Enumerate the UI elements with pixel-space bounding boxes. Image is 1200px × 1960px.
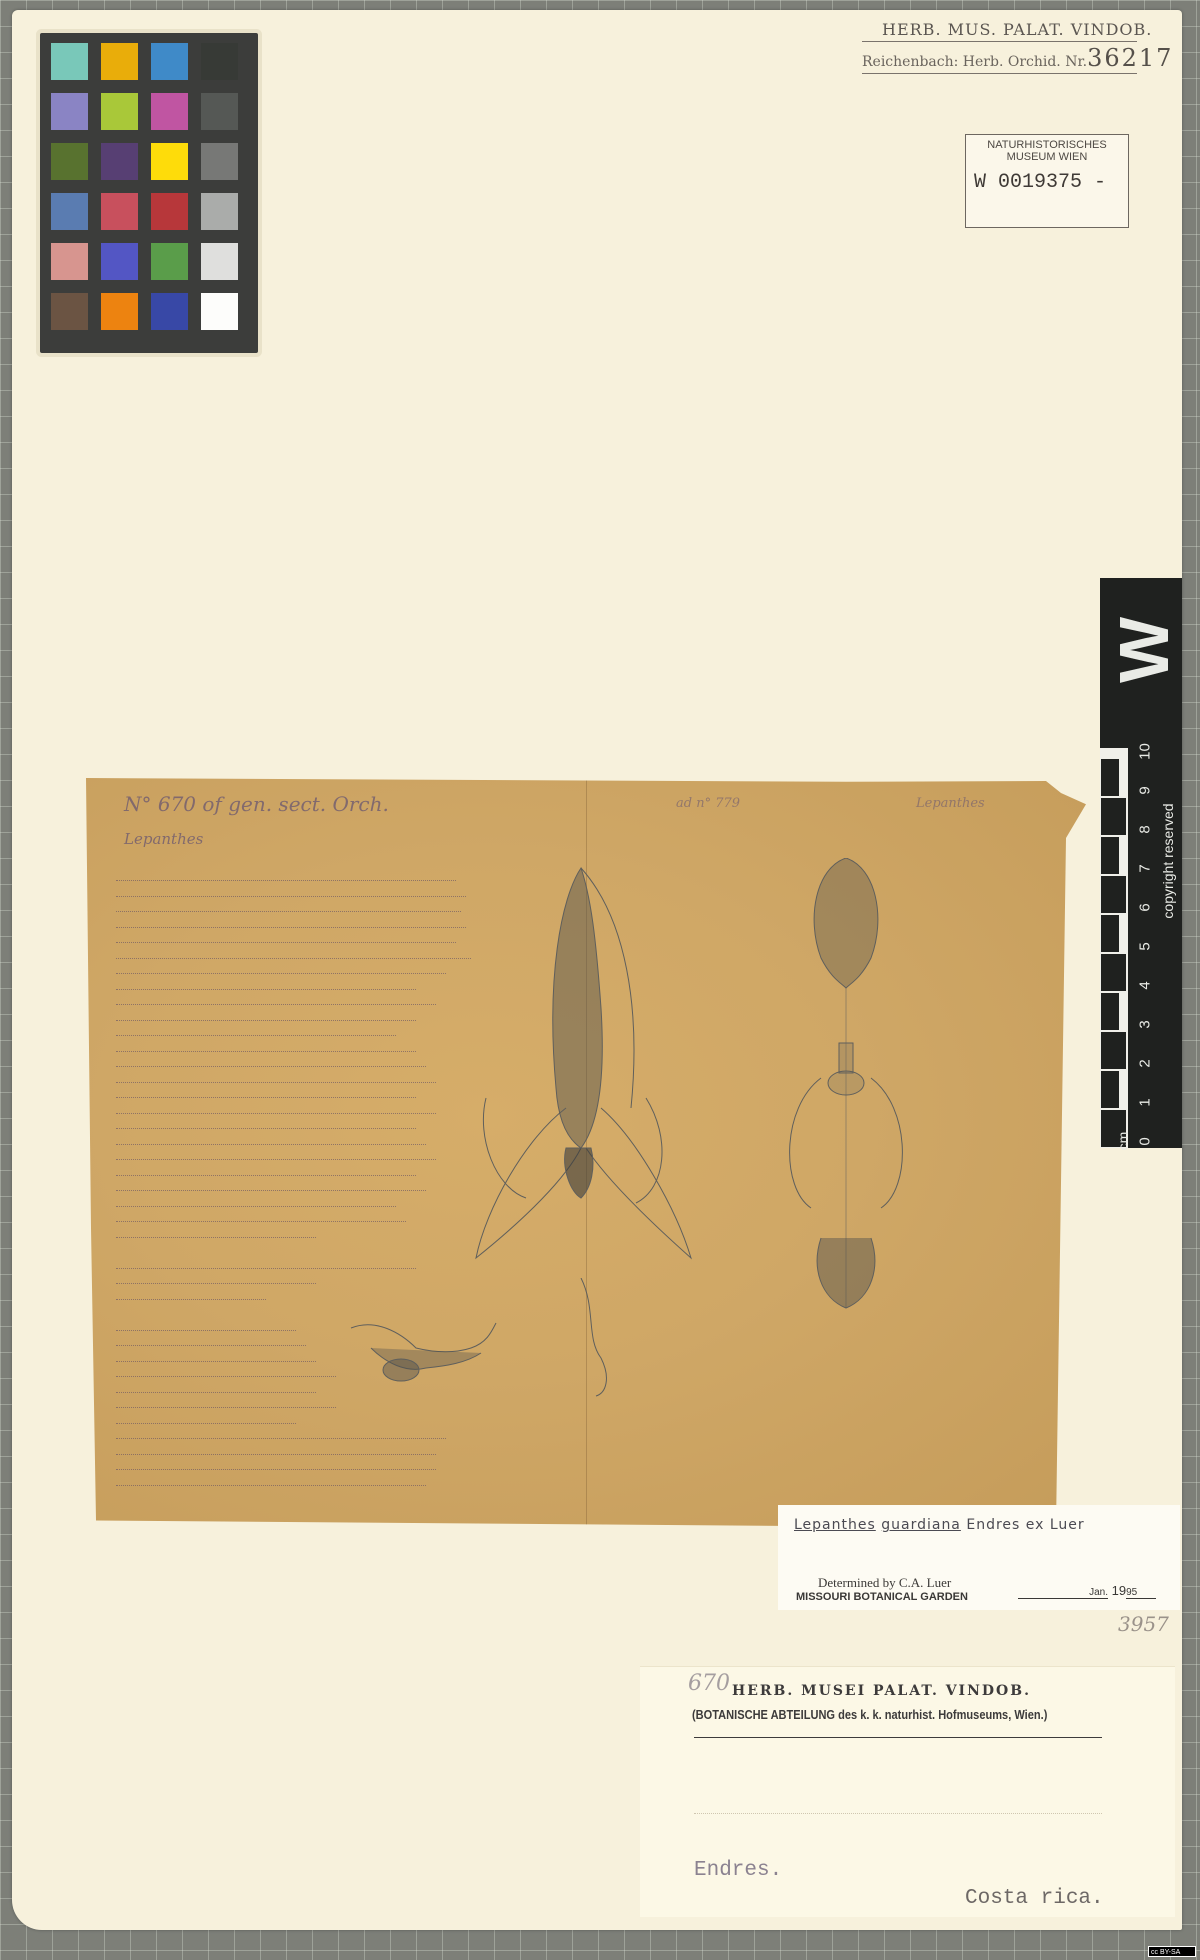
- ruler-tick-label: 7: [1137, 859, 1154, 879]
- handwritten-line: [116, 1101, 436, 1114]
- divider: [694, 1813, 1102, 1814]
- ruler-segment: [1100, 758, 1120, 797]
- color-swatch: [151, 193, 188, 230]
- label-title: HERB. MUSEI PALAT. VINDOB.: [732, 1683, 1031, 1699]
- handwritten-line: [116, 1256, 416, 1269]
- determiner-institution: MISSOURI BOTANICAL GARDEN: [796, 1591, 968, 1603]
- license-badge: cc BY-SA: [1148, 1946, 1196, 1957]
- divider: [862, 73, 1137, 74]
- color-swatch: [101, 93, 138, 130]
- handwritten-line: [116, 1364, 336, 1377]
- handwritten-line: [116, 915, 466, 928]
- divider: [862, 41, 1137, 42]
- divider: [694, 1737, 1102, 1738]
- handwritten-line: [116, 1116, 416, 1129]
- handwritten-line: [116, 977, 416, 990]
- handwritten-line: [116, 930, 456, 943]
- color-swatch: [201, 43, 238, 80]
- color-swatch: [201, 193, 238, 230]
- ruler-tick-label: 5: [1137, 937, 1154, 957]
- ruler-unit: cm: [1115, 1131, 1131, 1151]
- ruler-tick-label: 4: [1137, 976, 1154, 996]
- color-swatch: [51, 293, 88, 330]
- handwritten-line: [116, 1023, 396, 1036]
- ruler-tick-label: 8: [1137, 820, 1154, 840]
- determined-taxon: Lepanthes guardiana Endres ex Luer: [794, 1517, 1085, 1533]
- ruler-tick-label: 0: [1137, 1132, 1154, 1152]
- flower-side-view-drawing: [346, 1308, 506, 1398]
- ruler-segment: [1100, 953, 1127, 992]
- handwritten-line: [116, 884, 466, 897]
- handwritten-line: [116, 1085, 416, 1098]
- ruler-segment: [1100, 1070, 1120, 1109]
- ruler-segment: [1100, 1031, 1127, 1070]
- handwritten-line: [116, 1380, 316, 1393]
- scale-bar: W 012345678910cm copyright reserved: [1100, 578, 1182, 1148]
- stamp-line-2: MUSEUM WIEN: [966, 151, 1128, 163]
- ruler-tick-label: 2: [1137, 1054, 1154, 1074]
- museum-logo-w: W: [1099, 623, 1189, 683]
- manuscript-note-right: Lepanthes: [916, 796, 985, 811]
- color-swatch: [101, 43, 138, 80]
- color-swatch: [201, 293, 238, 330]
- handwritten-line: [116, 1039, 416, 1052]
- label-subtitle: (BOTANISCHE ABTEILUNG des k. k. naturhis…: [692, 1707, 1047, 1722]
- ruler-tick-label: 10: [1137, 742, 1154, 762]
- handwritten-line: [116, 1008, 416, 1021]
- color-swatch: [51, 143, 88, 180]
- handwritten-line: [116, 1147, 436, 1160]
- handwritten-line: [116, 1054, 426, 1067]
- color-swatch: [151, 93, 188, 130]
- ruler-segment: [1100, 914, 1120, 953]
- handwritten-line: [116, 899, 461, 912]
- handwritten-line: [116, 1457, 436, 1470]
- manuscript-genus: Lepanthes: [124, 830, 203, 848]
- collector-name: Endres.: [694, 1859, 782, 1882]
- handwritten-line: [116, 1271, 316, 1284]
- ruler-segment: [1100, 836, 1120, 875]
- flower-detail-drawing: [576, 1278, 616, 1398]
- manuscript-heading: N° 670 of gen. sect. Orch.: [124, 792, 389, 816]
- handwritten-line: [116, 1473, 426, 1486]
- color-checker-card: [40, 33, 258, 353]
- determination-date: Jan. 1995: [1018, 1583, 1156, 1599]
- color-swatch: [151, 243, 188, 280]
- herbarium-name: HERB. MUS. PALAT. VINDOB.: [862, 20, 1182, 39]
- flower-front-view-drawing: [466, 858, 706, 1278]
- color-swatch: [151, 293, 188, 330]
- handwritten-line: [116, 1194, 396, 1207]
- color-swatch: [51, 243, 88, 280]
- determiner: Determined by C.A. Luer: [818, 1575, 951, 1591]
- cm-ruler: [1100, 748, 1128, 1148]
- handwritten-line: [116, 1070, 436, 1083]
- specimen-barcode: W 0019375 -: [974, 171, 1128, 194]
- handwritten-line: [116, 1442, 436, 1455]
- collection-country: Costa rica.: [965, 1887, 1104, 1910]
- color-swatch: [101, 293, 138, 330]
- handwritten-line: [116, 1178, 426, 1191]
- stamp-line-1: NATURHISTORISCHES: [966, 139, 1128, 151]
- handwritten-line: [116, 1287, 266, 1300]
- color-swatch: [151, 43, 188, 80]
- manuscript-drawing-sheet: N° 670 of gen. sect. Orch. Lepanthes ad …: [86, 778, 1086, 1528]
- color-swatch: [201, 93, 238, 130]
- handwritten-line: [116, 946, 471, 959]
- handwritten-line: [116, 1318, 296, 1331]
- manuscript-note-middle: ad n° 779: [676, 796, 740, 811]
- handwritten-line: [116, 1209, 406, 1222]
- handwritten-line: [116, 1132, 426, 1145]
- ruler-segment: [1100, 992, 1120, 1031]
- herbarium-header-label: HERB. MUS. PALAT. VINDOB. Reichenbach: H…: [862, 20, 1182, 74]
- handwritten-line: [116, 1163, 416, 1176]
- ruler-segment: [1100, 875, 1127, 914]
- handwritten-line: [116, 1333, 306, 1346]
- ruler-tick-label: 1: [1137, 1093, 1154, 1113]
- ruler-segment: [1100, 797, 1127, 836]
- handwritten-line: [116, 1349, 316, 1362]
- color-swatch: [151, 143, 188, 180]
- color-swatch: [101, 243, 138, 280]
- handwritten-line: [116, 1411, 296, 1424]
- handwritten-line: [116, 1426, 446, 1439]
- ruler-tick-label: 3: [1137, 1015, 1154, 1035]
- color-swatch: [101, 143, 138, 180]
- handwritten-line: [116, 1395, 336, 1408]
- copyright-notice: copyright reserved: [1158, 738, 1178, 988]
- color-swatch: [51, 93, 88, 130]
- handwritten-line: [116, 961, 446, 974]
- color-swatch: [51, 43, 88, 80]
- handwritten-line: [116, 1225, 316, 1238]
- original-herbarium-label: 670 HERB. MUSEI PALAT. VINDOB. (BOTANISC…: [640, 1666, 1175, 1917]
- color-swatch: [201, 243, 238, 280]
- museum-barcode-stamp: NATURHISTORISCHES MUSEUM WIEN W 0019375 …: [965, 134, 1129, 228]
- color-swatch: [51, 193, 88, 230]
- color-swatch: [101, 193, 138, 230]
- accession-note: 3957: [1118, 1612, 1169, 1636]
- ruler-ticks: 012345678910cm: [1135, 738, 1155, 1148]
- handwritten-number: 670: [688, 1671, 730, 1696]
- handwritten-line: [116, 868, 456, 881]
- reichenbach-number-line: Reichenbach: Herb. Orchid. Nr.36217: [862, 44, 1182, 72]
- ruler-tick-label: 6: [1137, 898, 1154, 918]
- handwritten-line: [116, 992, 436, 1005]
- determination-label: Lepanthes guardiana Endres ex Luer Deter…: [778, 1505, 1180, 1610]
- ruler-tick-label: 9: [1137, 781, 1154, 801]
- color-swatch: [201, 143, 238, 180]
- flower-parts-drawing: [786, 858, 906, 1318]
- herbarium-number: 36217: [1087, 44, 1173, 72]
